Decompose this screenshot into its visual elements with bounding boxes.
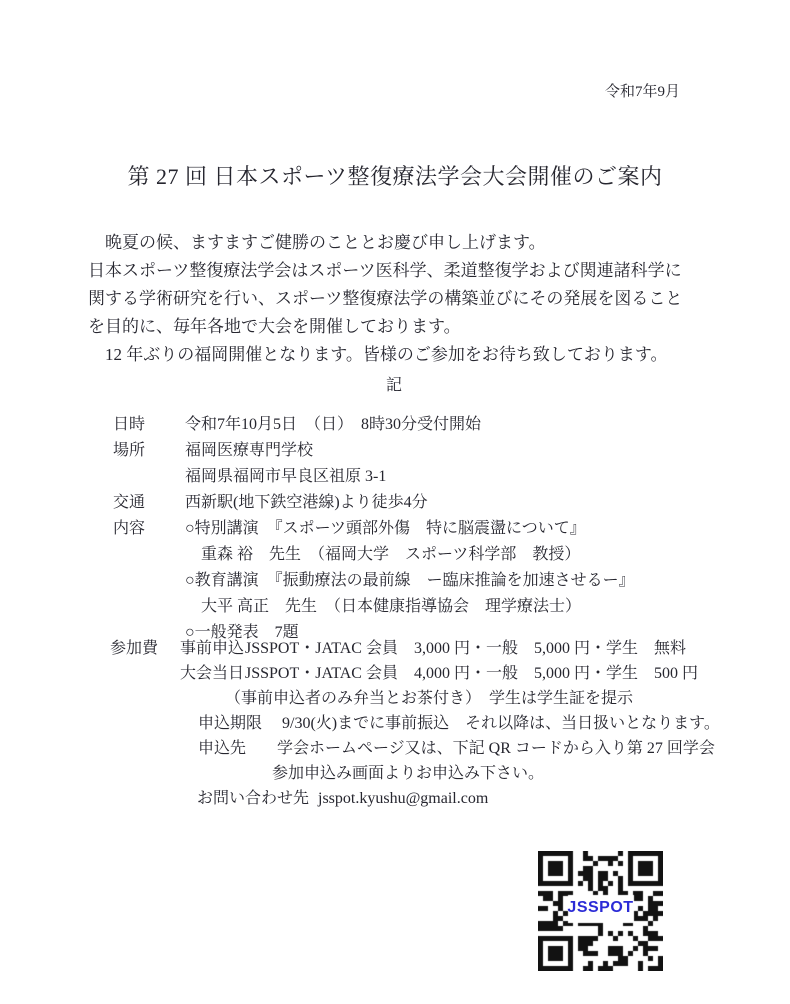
detail-row-access: 交通 西新駅(地下鉄空港線)より徒歩4分 — [113, 490, 635, 516]
fee-key: 大会当日 — [180, 661, 245, 686]
fee-value: JSSPOT・JATAC 会員 3,000 円・一般 5,000 円・学生 無料 — [245, 636, 686, 661]
detail-row-datetime: 日時 令和7年10月5日 （日） 8時30分受付開始 — [113, 412, 635, 438]
detail-value: 福岡医療専門学校 — [185, 438, 313, 464]
fees-section: 参加費 事前申込 JSSPOT・JATAC 会員 3,000 円・一般 5,00… — [110, 636, 720, 811]
detail-label — [113, 568, 185, 594]
intro-line: 日本スポーツ整復療法学会はスポーツ医科学、柔道整復学および関連諸科学に — [88, 257, 682, 285]
deadline-row: 申込期限 9/30(火)までに事前振込 それ以降は、当日扱いとなります。 — [198, 711, 720, 736]
detail-value: 大平 高正 先生 （日本健康指導協会 理学療法士） — [185, 594, 581, 620]
fee-row-sameday: 大会当日 JSSPOT・JATAC 会員 4,000 円・一般 5,000 円・… — [180, 661, 720, 686]
record-marker: 記 — [0, 372, 790, 395]
intro-line: を目的に、毎年各地で大会を開催しております。 — [88, 313, 682, 341]
detail-row-program-special: 内容 ○特別講演 『スポーツ頭部外傷 特に脳震盪について』 — [113, 516, 635, 542]
detail-row-program-education: ○教育講演 『振動療法の最前線 ー臨床推論を加速させるー』 — [113, 568, 635, 594]
deadline-value: 9/30(火)までに事前振込 それ以降は、当日扱いとなります。 — [282, 711, 720, 736]
contact-row: お問い合わせ先 jsspot.kyushu@gmail.com — [197, 786, 720, 811]
detail-label: 交通 — [113, 490, 185, 516]
detail-value: 福岡県福岡市早良区祖原 3-1 — [185, 464, 386, 490]
apply-row-continued: 参加申込み画面よりお申込み下さい。 — [272, 761, 720, 786]
qr-code: JSSPOT — [538, 851, 663, 971]
detail-label: 日時 — [113, 412, 185, 438]
detail-row-place: 場所 福岡医療専門学校 — [113, 438, 635, 464]
detail-row-address: 福岡県福岡市早良区祖原 3-1 — [113, 464, 635, 490]
document-page: 令和7年9月 第 27 回 日本スポーツ整復療法学会大会開催のご案内 晩夏の候、… — [0, 0, 790, 1004]
doc-title: 第 27 回 日本スポーツ整復療法学会大会開催のご案内 — [0, 160, 790, 191]
details-list: 日時 令和7年10月5日 （日） 8時30分受付開始 場所 福岡医療専門学校 福… — [113, 412, 635, 646]
detail-value: ○特別講演 『スポーツ頭部外傷 特に脳震盪について』 — [185, 516, 586, 542]
contact-label: お問い合わせ先 — [197, 786, 318, 811]
fee-key: 事前申込 — [180, 636, 245, 661]
detail-label — [113, 594, 185, 620]
fee-row-advance: 参加費 事前申込 JSSPOT・JATAC 会員 3,000 円・一般 5,00… — [110, 636, 720, 661]
detail-value: 令和7年10月5日 （日） 8時30分受付開始 — [185, 412, 481, 438]
detail-label: 内容 — [113, 516, 185, 542]
contact-email: jsspot.kyushu@gmail.com — [318, 786, 488, 811]
fee-value: JSSPOT・JATAC 会員 4,000 円・一般 5,000 円・学生 50… — [245, 661, 698, 686]
deadline-label: 申込期限 — [198, 711, 282, 736]
detail-value: 重森 裕 先生 （福岡大学 スポーツ科学部 教授） — [185, 542, 580, 568]
detail-label — [113, 464, 185, 490]
doc-date: 令和7年9月 — [0, 80, 680, 101]
intro-line: 関する学術研究を行い、スポーツ整復療法学の構築並びにその発展を図ること — [88, 285, 682, 313]
intro-line: 12 年ぶりの福岡開催となります。皆様のご参加をお待ち致しております。 — [88, 341, 682, 369]
detail-value: 西新駅(地下鉄空港線)より徒歩4分 — [185, 490, 428, 516]
fees-label: 参加費 — [110, 636, 180, 661]
apply-label: 申込先 — [198, 736, 277, 761]
apply-row: 申込先 学会ホームページ又は、下記 QR コードから入り第 27 回学会 — [198, 736, 720, 761]
detail-value: ○教育講演 『振動療法の最前線 ー臨床推論を加速させるー』 — [185, 568, 635, 594]
intro-line: 晩夏の候、ますますご健勝のこととお慶び申し上げます。 — [88, 229, 682, 257]
qr-label: JSSPOT — [538, 899, 663, 917]
detail-row-special-lecturer: 重森 裕 先生 （福岡大学 スポーツ科学部 教授） — [113, 542, 635, 568]
fee-note: （事前申込者のみ弁当とお茶付き） 学生は学生証を提示 — [225, 686, 720, 711]
detail-label — [113, 542, 185, 568]
intro-paragraph: 晩夏の候、ますますご健勝のこととお慶び申し上げます。 日本スポーツ整復療法学会は… — [88, 229, 682, 369]
detail-row-education-lecturer: 大平 高正 先生 （日本健康指導協会 理学療法士） — [113, 594, 635, 620]
detail-label: 場所 — [113, 438, 185, 464]
apply-value: 学会ホームページ又は、下記 QR コードから入り第 27 回学会 — [277, 736, 715, 761]
